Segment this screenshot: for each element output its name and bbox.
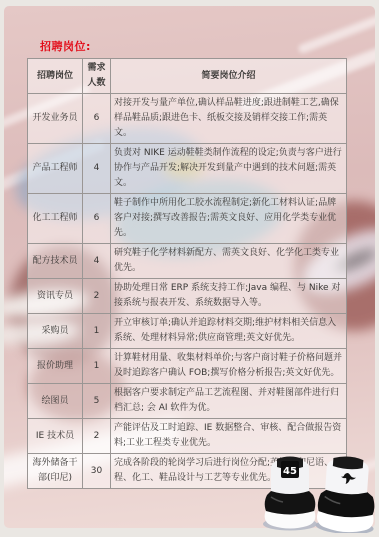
- job-headcount: 2: [83, 279, 111, 314]
- table-row: 开发业务员 6 对接开发与量产单位,确认样品鞋进度;跟进制鞋工艺,确保样品鞋品质…: [28, 94, 347, 144]
- job-position: 产品工程师: [28, 144, 83, 194]
- job-headcount: 5: [83, 384, 111, 419]
- left-sneaker: 45: [263, 457, 317, 531]
- header-position: 招聘岗位: [28, 59, 83, 94]
- job-description: 开立审核订单;确认并追踪材料交期;维护材料相关信息入系统、处理材料异常;供应商管…: [111, 314, 347, 349]
- heel-number: 45: [283, 466, 297, 477]
- job-description: 对接开发与量产单位,确认样品鞋进度;跟进制鞋工艺,确保样品鞋品质;跟进色卡、纸板…: [111, 94, 347, 144]
- job-description: 计算鞋材用量、收集材料单价;与客户商讨鞋子价格问题并及时追踪客户确认 FOB;撰…: [111, 349, 347, 384]
- table-row: 报价助理 1 计算鞋材用量、收集材料单价;与客户商讨鞋子价格问题并及时追踪客户确…: [28, 349, 347, 384]
- right-sneaker: [315, 455, 378, 533]
- header-headcount: 需求人数: [83, 59, 111, 94]
- table-row: 化工工程师 6 鞋子制作中所用化工胶水流程制定;新化工材料认证;品牌客户对接;撰…: [28, 194, 347, 244]
- page-title: 招聘岗位:: [40, 38, 91, 54]
- jordan-sneakers-image: 45: [255, 449, 379, 533]
- header-description: 简要岗位介绍: [111, 59, 347, 94]
- job-headcount: 1: [83, 349, 111, 384]
- job-position: 绘图员: [28, 384, 83, 419]
- job-table: 招聘岗位 需求人数 简要岗位介绍 开发业务员 6 对接开发与量产单位,确认样品鞋…: [27, 58, 347, 489]
- job-description: 鞋子制作中所用化工胶水流程制定;新化工材料认证;品牌客户对接;撰写改善报告;需英…: [111, 194, 347, 244]
- job-position: 报价助理: [28, 349, 83, 384]
- job-headcount: 4: [83, 244, 111, 279]
- lane-line: [297, 6, 375, 54]
- job-description: 根据客户要求制定产品工艺流程图、并对鞋图部件进行归档汇总; 会 AI 软件为优。: [111, 384, 347, 419]
- job-position: 配方技术员: [28, 244, 83, 279]
- table-row: 配方技术员 4 研究鞋子化学材料新配方、需英文良好、化学化工类专业优先。: [28, 244, 347, 279]
- table-row: 产品工程师 4 负责对 NIKE 运动鞋鞋类制作流程的设定;负责与客户进行协作与…: [28, 144, 347, 194]
- job-description: 研究鞋子化学材料新配方、需英文良好、化学化工类专业优先。: [111, 244, 347, 279]
- job-position: 化工工程师: [28, 194, 83, 244]
- job-description: 负责对 NIKE 运动鞋鞋类制作流程的设定;负责与客户进行协作与产品开发;解决开…: [111, 144, 347, 194]
- recruitment-flyer: { "page": { "title": "招聘岗位:" }, "table":…: [0, 0, 379, 537]
- job-position: 资讯专员: [28, 279, 83, 314]
- job-description: 协助处理日常 ERP 系统支持工作;Java 编程、与 Nike 对接系统与报表…: [111, 279, 347, 314]
- job-headcount: 2: [83, 419, 111, 454]
- job-headcount: 6: [83, 194, 111, 244]
- table-row: 绘图员 5 根据客户要求制定产品工艺流程图、并对鞋图部件进行归档汇总; 会 AI…: [28, 384, 347, 419]
- job-position: IE 技术员: [28, 419, 83, 454]
- job-headcount: 30: [83, 454, 111, 489]
- job-headcount: 1: [83, 314, 111, 349]
- table-header-row: 招聘岗位 需求人数 简要岗位介绍: [28, 59, 347, 94]
- job-position: 开发业务员: [28, 94, 83, 144]
- table-row: 资讯专员 2 协助处理日常 ERP 系统支持工作;Java 编程、与 Nike …: [28, 279, 347, 314]
- job-position: 海外储备干部(印尼): [28, 454, 83, 489]
- job-headcount: 6: [83, 94, 111, 144]
- job-position: 采购员: [28, 314, 83, 349]
- job-headcount: 4: [83, 144, 111, 194]
- table-row: 采购员 1 开立审核订单;确认并追踪材料交期;维护材料相关信息入系统、处理材料异…: [28, 314, 347, 349]
